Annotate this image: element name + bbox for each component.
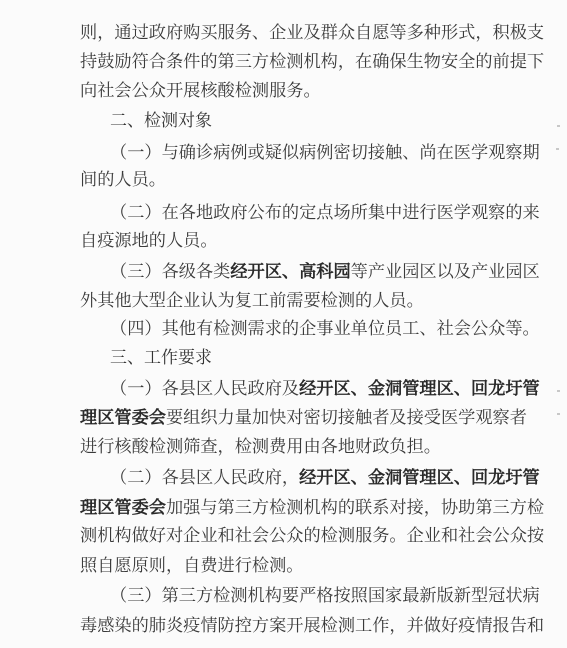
- list-item-line: （三）第三方检测机构要严格按照国家最新版新型冠状病: [110, 585, 488, 607]
- text-segment: （二）各县区人民政府，: [110, 468, 299, 488]
- list-item-line: （四）其他有检测需求的企事业单位员工、社会公众等。: [110, 318, 488, 340]
- list-item-line: 照自愿原则，自费进行检测。: [80, 555, 488, 577]
- text-segment: （三）各级各类: [110, 262, 230, 282]
- list-item-line: 自疫源地的人员。: [80, 230, 488, 252]
- section-heading-detection-targets: 二、检测对象: [110, 110, 212, 132]
- text-segment: 加强与第三方检测机构的联系对接，协助第三方检: [166, 498, 544, 518]
- text-segment: 等产业园区以及产业园区: [351, 262, 540, 282]
- document-page: 则，通过政府购买服务、企业及群众自愿等多种形式，积极支 持鼓励符合条件的第三方检…: [0, 0, 567, 648]
- paragraph-line: 则，通过政府购买服务、企业及群众自愿等多种形式，积极支: [80, 22, 488, 44]
- list-item-line: （三）各级各类经开区、高科园等产业园区以及产业园区: [110, 261, 488, 283]
- text-segment: 要组织力量加快对密切接触者及接受医学观察者: [166, 408, 527, 428]
- list-item-line: 外其他大型企业认为复工前需要检测的人员。: [80, 290, 488, 312]
- list-item-line: 理区管委会要组织力量加快对密切接触者及接受医学观察者: [80, 407, 488, 429]
- scan-speck: [557, 125, 560, 127]
- list-item-line: 进行核酸检测筛查，检测费用由各地财政负担。: [80, 436, 488, 458]
- list-item-line: （二）各县区人民政府，经开区、金洞管理区、回龙圩管: [110, 467, 488, 489]
- bold-text-segment: 经开区、高科园: [230, 262, 350, 282]
- scan-speck: [557, 390, 560, 392]
- list-item-line: （一）各县区人民政府及经开区、金洞管理区、回龙圩管: [110, 378, 488, 400]
- scan-speck: [557, 413, 560, 415]
- text-segment: （一）各县区人民政府及: [110, 379, 299, 399]
- scan-speck: [556, 148, 559, 150]
- list-item-line: （一）与确诊病例或疑似病例密切接触、尚在医学观察期: [110, 142, 488, 164]
- bold-text-segment: 经开区、金洞管理区、回龙圩管: [299, 379, 540, 399]
- paragraph-line: 向社会公众开展核酸检测服务。: [80, 80, 488, 102]
- bold-text-segment: 经开区、金洞管理区、回龙圩管: [299, 468, 540, 488]
- list-item-line: 间的人员。: [80, 169, 488, 191]
- list-item-line: （二）在各地政府公布的定点场所集中进行医学观察的来: [110, 202, 488, 224]
- list-item-line: 毒感染的肺炎疫情防控方案开展检测工作，并做好疫情报告和: [80, 615, 488, 637]
- paragraph-line: 持鼓励符合条件的第三方检测机构，在确保生物安全的前提下: [80, 51, 488, 73]
- list-item-line: 理区管委会加强与第三方检测机构的联系对接，协助第三方检: [80, 497, 488, 519]
- bold-text-segment: 理区管委会: [80, 408, 166, 428]
- list-item-line: 测机构做好对企业和社会公众的检测服务。企业和社会公众按: [80, 525, 488, 547]
- section-heading-work-requirements: 三、工作要求: [110, 347, 212, 369]
- bold-text-segment: 理区管委会: [80, 498, 166, 518]
